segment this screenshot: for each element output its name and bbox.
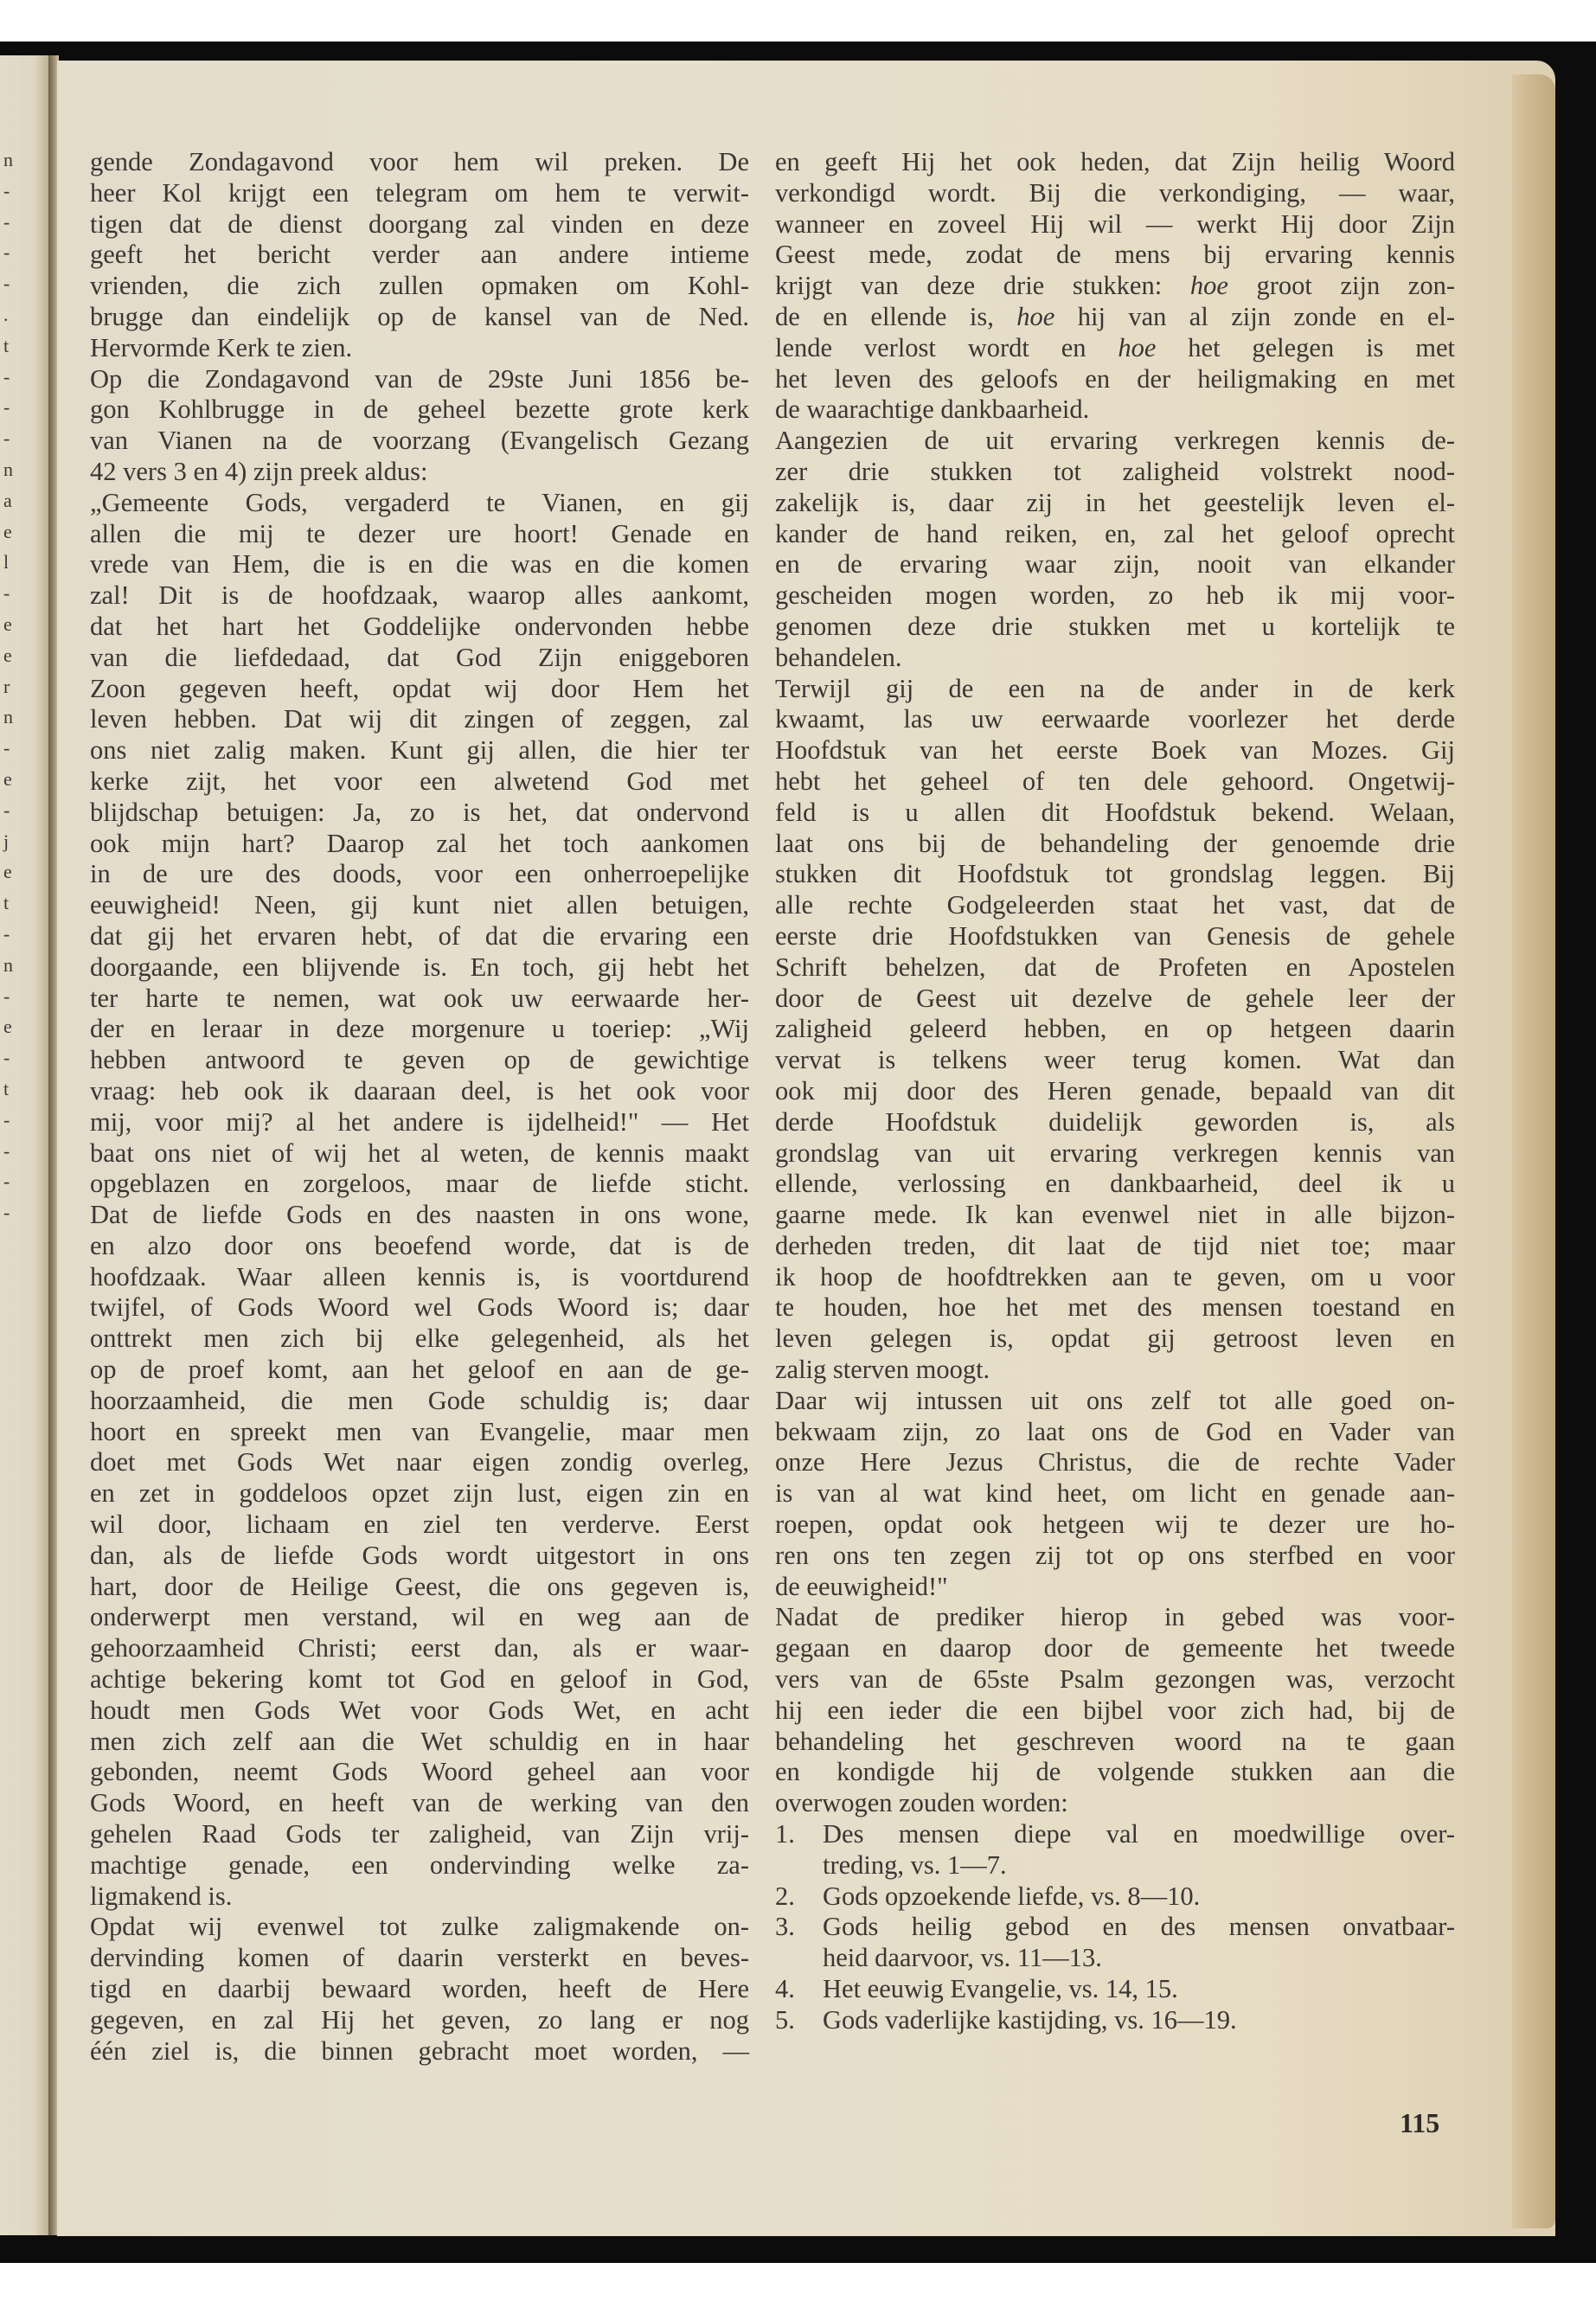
text-line: roepen, opdat ook hetgeen wij te dezer u…: [775, 1509, 1455, 1541]
text-line: ook mij door des Heren genade, bepaald v…: [775, 1076, 1455, 1107]
text-line: bekwaam zijn, zo laat ons de God en Vade…: [775, 1417, 1455, 1448]
text-line: tigd en daarbij bewaard worden, heeft de…: [90, 1974, 749, 2005]
text-line: feld is u allen dit Hoofdstuk bekend. We…: [775, 798, 1455, 829]
text-line: krijgt van deze drie stukken: hoe groot …: [775, 271, 1455, 302]
previous-page-fragment: -: [3, 274, 10, 293]
text-line: de eeuwigheid!": [775, 1572, 1455, 1603]
previous-page-fragment: -: [3, 182, 10, 201]
previous-page-fragment: e: [3, 770, 12, 789]
text-line: ons niet zalig maken. Kunt gij allen, di…: [90, 735, 749, 766]
text-line: vrede van Hem, die is en die was en die …: [90, 549, 749, 580]
text-line: wanneer en zoveel Hij wil — werkt Hij do…: [775, 209, 1455, 240]
numbered-list-item: 2. Gods opzoekende liefde, vs. 8—10.: [775, 1881, 1455, 1913]
text-line: stukken dit Hoofdstuk tot grondslag legg…: [775, 859, 1455, 890]
text-line: Daar wij intussen uit ons zelf tot alle …: [775, 1386, 1455, 1417]
text-line-faded: heer Kol krijgt een telegram om hem te v…: [90, 178, 749, 208]
page-edge: [1512, 74, 1555, 2228]
page-number: 115: [1400, 2107, 1439, 2139]
text-line: gende Zondagavond voor hem wil preken. D…: [90, 147, 749, 178]
text-line: behandelen.: [775, 643, 1455, 674]
text-line: twijfel, of Gods Woord wel Gods Woord is…: [90, 1292, 749, 1324]
previous-page-fragment: t: [3, 894, 9, 913]
text-line: kerke zijt, het voor een alwetend God me…: [90, 766, 749, 798]
text-line: en de ervaring waar zijn, nooit van elka…: [775, 549, 1455, 580]
previous-page-strip: n----.t---nael-eern-e-jet-n-e-t----: [0, 55, 50, 2235]
list-number: 3.: [775, 1912, 795, 1943]
text-line: opgeblazen en zorgeloos, maar de liefde …: [90, 1169, 749, 1200]
previous-page-fragment: e: [3, 862, 12, 881]
numbered-list-item: 4. Het eeuwig Evangelie, vs. 14, 15.: [775, 1974, 1455, 2005]
previous-page-fragment: -: [3, 925, 10, 944]
text-line: geeft het bericht verder aan andere inti…: [90, 240, 749, 271]
text-line: heid daarvoor, vs. 11—13.: [823, 1943, 1455, 1974]
text-line: genomen deze drie stukken met u kortelij…: [775, 612, 1455, 643]
text-line: leven hebben. Dat wij dit zingen of zegg…: [90, 704, 749, 735]
text-line: treding, vs. 1—7.: [823, 1850, 1455, 1881]
numbered-list-item: 3. Gods heilig gebod en des mensen onvat…: [775, 1912, 1455, 1974]
text-line: overwogen zouden worden:: [775, 1788, 1455, 1819]
text-line: de en ellende is, hoe hij van al zijn zo…: [775, 302, 1455, 333]
text-line: wil door, lichaam en ziel ten verderve. …: [90, 1509, 749, 1541]
text-line: heer Kol krijgt een telegram om hem te v…: [90, 178, 749, 209]
text-line: en geeft Hij het ook heden, dat Zijn hei…: [775, 147, 1455, 178]
text-line: gaarne mede. Ik kan evenwel niet in alle…: [775, 1200, 1455, 1231]
text-line: hoofdzaak. Waar alleen kennis is, is voo…: [90, 1262, 749, 1293]
text-line: hij een ieder die een bijbel voor zich h…: [775, 1695, 1455, 1727]
text-line: tigen dat de dienst doorgang zal vinden …: [90, 209, 749, 240]
list-number: 2.: [775, 1881, 795, 1913]
previous-page-fragment: -: [3, 429, 10, 448]
previous-page-fragment: -: [3, 987, 10, 1006]
text-line: de waarachtige dankbaarheid.: [775, 394, 1455, 426]
text-line: machtige genade, een ondervinding welke …: [90, 1850, 749, 1881]
previous-page-fragment: n: [3, 956, 13, 975]
text-line: zakelijk is, daar zij in het geestelijk …: [775, 488, 1455, 519]
text-line: en zet in goddeloos opzet zijn lust, eig…: [90, 1478, 749, 1509]
text-line: onderwerpt men verstand, wil en weg aan …: [90, 1602, 749, 1633]
previous-page-fragment: e: [3, 615, 12, 634]
text-line: door de Geest uit dezelve de gehele leer…: [775, 984, 1455, 1015]
text-line: allen die mij te dezer ure hoort! Genade…: [90, 519, 749, 550]
text-line: houdt men Gods Wet voor Gods Wet, en ach…: [90, 1695, 749, 1727]
text-line: blijdschap betuigen: Ja, zo is het, dat …: [90, 798, 749, 829]
text-line: van Vianen na de voorzang (Evangelisch G…: [90, 426, 749, 457]
text-line: eerste drie Hoofdstukken van Genesis de …: [775, 921, 1455, 952]
previous-page-fragment: -: [3, 739, 10, 758]
text-line: hebt het geheel of ten dele gehoord. Ong…: [775, 766, 1455, 798]
text-line: het leven des geloofs en der heiligmakin…: [775, 364, 1455, 395]
text-line: vrienden, die zich zullen opmaken om Koh…: [90, 271, 749, 302]
previous-page-fragment: e: [3, 646, 12, 665]
text-run: het gelegen is met: [1156, 333, 1455, 362]
previous-page-fragment: -: [3, 213, 10, 232]
text-line: derheden treden, dit laat de tijd niet t…: [775, 1231, 1455, 1262]
text-line: zal! Dit is de hoofdzaak, waarop alles a…: [90, 580, 749, 612]
text-line: Gods Woord, en heeft van de werking van …: [90, 1788, 749, 1819]
text-line: dat het hart het Goddelijke ondervonden …: [90, 612, 749, 643]
previous-page-fragment: -: [3, 1048, 10, 1067]
italic-emphasis: hoe: [1190, 271, 1228, 300]
text-line: Op die Zondagavond van de 29ste Juni 185…: [90, 364, 749, 395]
list-number: 4.: [775, 1974, 795, 2005]
text-run: krijgt van deze drie stukken:: [775, 271, 1190, 300]
text-line: doet met Gods Wet naar eigen zondig over…: [90, 1447, 749, 1478]
text-line: op de proef komt, aan het geloof en aan …: [90, 1355, 749, 1386]
text-line: van die liefdedaad, dat God Zijn eniggeb…: [90, 643, 749, 674]
text-line: vraag: heb ook ik daaraan deel, is het o…: [90, 1076, 749, 1107]
previous-page-fragment: n: [3, 708, 13, 727]
text-line: vers van de 65ste Psalm gezongen was, ve…: [775, 1664, 1455, 1695]
italic-emphasis: hoe: [1016, 302, 1054, 331]
list-number: 1.: [775, 1819, 795, 1850]
text-line: derde Hoofdstuk duidelijk geworden is, a…: [775, 1107, 1455, 1138]
left-column: gende Zondagavond voor hem wil preken. D…: [90, 147, 749, 2067]
text-line: ellende, verlossing en dankbaarheid, dee…: [775, 1169, 1455, 1200]
text-line: hoort en spreekt men van Evangelie, maar…: [90, 1417, 749, 1448]
numbered-list-item: 5. Gods vaderlijke kastijding, vs. 16—19…: [775, 2005, 1455, 2036]
text-line: men zich zelf aan die Wet schuldig en in…: [90, 1727, 749, 1758]
text-line: zer drie stukken tot zaligheid volstrekt…: [775, 457, 1455, 488]
text-run: lende verlost wordt en: [775, 333, 1118, 362]
text-run: groot zijn zon-: [1228, 271, 1455, 300]
text-line: hart, door de Heilige Geest, die ons geg…: [90, 1572, 749, 1603]
text-line: baat ons niet of wij het al weten, de ke…: [90, 1138, 749, 1170]
text-line: 42 vers 3 en 4) zijn preek aldus:: [90, 457, 749, 488]
text-line: Gods opzoekende liefde, vs. 8—10.: [823, 1881, 1455, 1913]
text-line: één ziel is, die binnen gebracht moet wo…: [90, 2036, 749, 2067]
text-line: Zoon gegeven heeft, opdat wij door Hem h…: [90, 674, 749, 705]
text-line: „Gemeente Gods, vergaderd te Vianen, en …: [90, 488, 749, 519]
text-line: Des mensen diepe val en moedwillige over…: [823, 1819, 1455, 1850]
text-line: dan, als de liefde Gods wordt uitgestort…: [90, 1541, 749, 1572]
previous-page-fragment: e: [3, 522, 12, 542]
previous-page-fragment: -: [3, 584, 10, 603]
text-line: Hervormde Kerk te zien.: [90, 333, 749, 364]
text-line: Gods vaderlijke kastijding, vs. 16—19.: [823, 2005, 1455, 2036]
text-line: Dat de liefde Gods en des naasten in ons…: [90, 1200, 749, 1231]
text-line: te houden, hoe het met des mensen toesta…: [775, 1292, 1455, 1324]
text-line: alle rechte Godgeleerden staat het vast,…: [775, 890, 1455, 921]
text-run: hij van al zijn zonde en el-: [1054, 302, 1455, 331]
previous-page-fragment: -: [3, 1172, 10, 1191]
text-line: hoorzaamheid, die men Gode schuldig is; …: [90, 1386, 749, 1417]
text-line: hebben antwoord te geven op de gewichtig…: [90, 1045, 749, 1076]
text-line: leven gelegen is, opdat gij getroost lev…: [775, 1324, 1455, 1355]
previous-page-fragment: e: [3, 1017, 12, 1036]
list-number: 5.: [775, 2005, 795, 2036]
text-line: laat ons bij de behandeling der genoemde…: [775, 829, 1455, 860]
text-line: mij, voor mij? al het andere is ijdelhei…: [90, 1107, 749, 1138]
text-line: Schrift behelzen, dat de Profeten en Apo…: [775, 952, 1455, 984]
text-line: gegaan en daarop door de gemeente het tw…: [775, 1633, 1455, 1664]
text-line: ren ons ten zegen zij tot op ons sterfbe…: [775, 1541, 1455, 1572]
previous-page-fragment: -: [3, 368, 10, 387]
text-line: gegeven, en zal Hij het geven, zo lang e…: [90, 2005, 749, 2036]
text-line: gebonden, neemt Gods Woord geheel aan vo…: [90, 1757, 749, 1788]
text-line: gehelen Raad Gods ter zaligheid, van Zij…: [90, 1819, 749, 1850]
text-line: grondslag van uit ervaring verkregen ken…: [775, 1138, 1455, 1170]
text-line: Het eeuwig Evangelie, vs. 14, 15.: [823, 1974, 1455, 2005]
previous-page-fragment: n: [3, 151, 13, 170]
text-line: brugge dan eindelijk op de kansel van de…: [90, 302, 749, 333]
text-line: der en leraar in deze morgenure u toerie…: [90, 1014, 749, 1045]
text-line: ik hoop de hoofdtrekken aan te geven, om…: [775, 1262, 1455, 1293]
text-line: dat gij het ervaren hebt, of dat die erv…: [90, 921, 749, 952]
previous-page-fragment: t: [3, 336, 9, 356]
previous-page-fragment: n: [3, 460, 13, 479]
previous-page-fragment: -: [3, 1142, 10, 1161]
italic-emphasis: hoe: [1118, 333, 1156, 362]
previous-page-fragment: -: [3, 801, 10, 820]
text-line: lende verlost wordt en hoe het gelegen i…: [775, 333, 1455, 364]
text-line: en kondigde hij de volgende stukken aan …: [775, 1757, 1455, 1788]
previous-page-fragment: -: [3, 243, 10, 262]
text-line: Nadat de prediker hierop in gebed was vo…: [775, 1602, 1455, 1633]
text-line: is van al wat kind heet, om licht en gen…: [775, 1478, 1455, 1509]
text-line: ook mijn hart? Daarop zal het toch aanko…: [90, 829, 749, 860]
previous-page-fragment: .: [3, 305, 9, 324]
text-line: doorgaande, een blijvende is. En toch, g…: [90, 952, 749, 984]
previous-page-fragment: -: [3, 398, 10, 417]
text-line: onttrekt men zich bij elke gelegenheid, …: [90, 1324, 749, 1355]
text-line: en alzo door ons beoefend worde, dat is …: [90, 1231, 749, 1262]
text-line: eeuwigheid! Neen, gij kunt niet allen be…: [90, 890, 749, 921]
text-run: de en ellende is,: [775, 302, 1016, 331]
text-line: onze Here Jezus Christus, die de rechte …: [775, 1447, 1455, 1478]
text-line: Aangezien de uit ervaring verkregen kenn…: [775, 426, 1455, 457]
text-line: zalig sterven moogt.: [775, 1355, 1455, 1386]
text-line: gescheiden mogen worden, zo heb ik mij v…: [775, 580, 1455, 612]
text-line: kwaamt, las uw eerwaarde voorlezer het d…: [775, 704, 1455, 735]
text-line: Gods heilig gebod en des mensen onvatbaa…: [823, 1912, 1455, 1943]
text-line: Opdat wij evenwel tot zulke zaligmakende…: [90, 1912, 749, 1943]
text-line: behandeling het geschreven woord na te g…: [775, 1727, 1455, 1758]
text-line: kander de hand reiken, en, zal het geloo…: [775, 519, 1455, 550]
text-line: Hoofdstuk van het eerste Boek van Mozes.…: [775, 735, 1455, 766]
text-line: Geest mede, zodat de mens bij ervaring k…: [775, 240, 1455, 271]
previous-page-fragment: j: [3, 832, 9, 851]
text-line: gehoorzaamheid Christi; eerst dan, als e…: [90, 1633, 749, 1664]
previous-page-fragment: a: [3, 491, 12, 510]
text-line: dervinding komen of daarin versterkt en …: [90, 1943, 749, 1974]
text-line: achtige bekering komt tot God en geloof …: [90, 1664, 749, 1695]
previous-page-fragment: -: [3, 1111, 10, 1130]
text-line: gon Kohlbrugge in de geheel bezette grot…: [90, 394, 749, 426]
right-column: en geeft Hij het ook heden, dat Zijn hei…: [775, 147, 1455, 2036]
text-line: verkondigd wordt. Bij die verkondiging, …: [775, 178, 1455, 209]
previous-page-fragment: t: [3, 1080, 9, 1099]
previous-page-fragment: -: [3, 1203, 10, 1222]
previous-page-fragment: r: [3, 677, 10, 696]
previous-page-fragment: l: [3, 553, 9, 572]
text-line: in de ure des doods, voor een onherroepe…: [90, 859, 749, 890]
numbered-list-item: 1. Des mensen diepe val en moedwillige o…: [775, 1819, 1455, 1881]
text-line: vervat is telkens weer terug komen. Wat …: [775, 1045, 1455, 1076]
text-line: zaligheid geleerd hebben, en op hetgeen …: [775, 1014, 1455, 1045]
text-line: ligmakend is.: [90, 1881, 749, 1913]
text-line: ter harte te nemen, wat ook uw eerwaarde…: [90, 984, 749, 1015]
text-line: Terwijl gij de een na de ander in de ker…: [775, 674, 1455, 705]
